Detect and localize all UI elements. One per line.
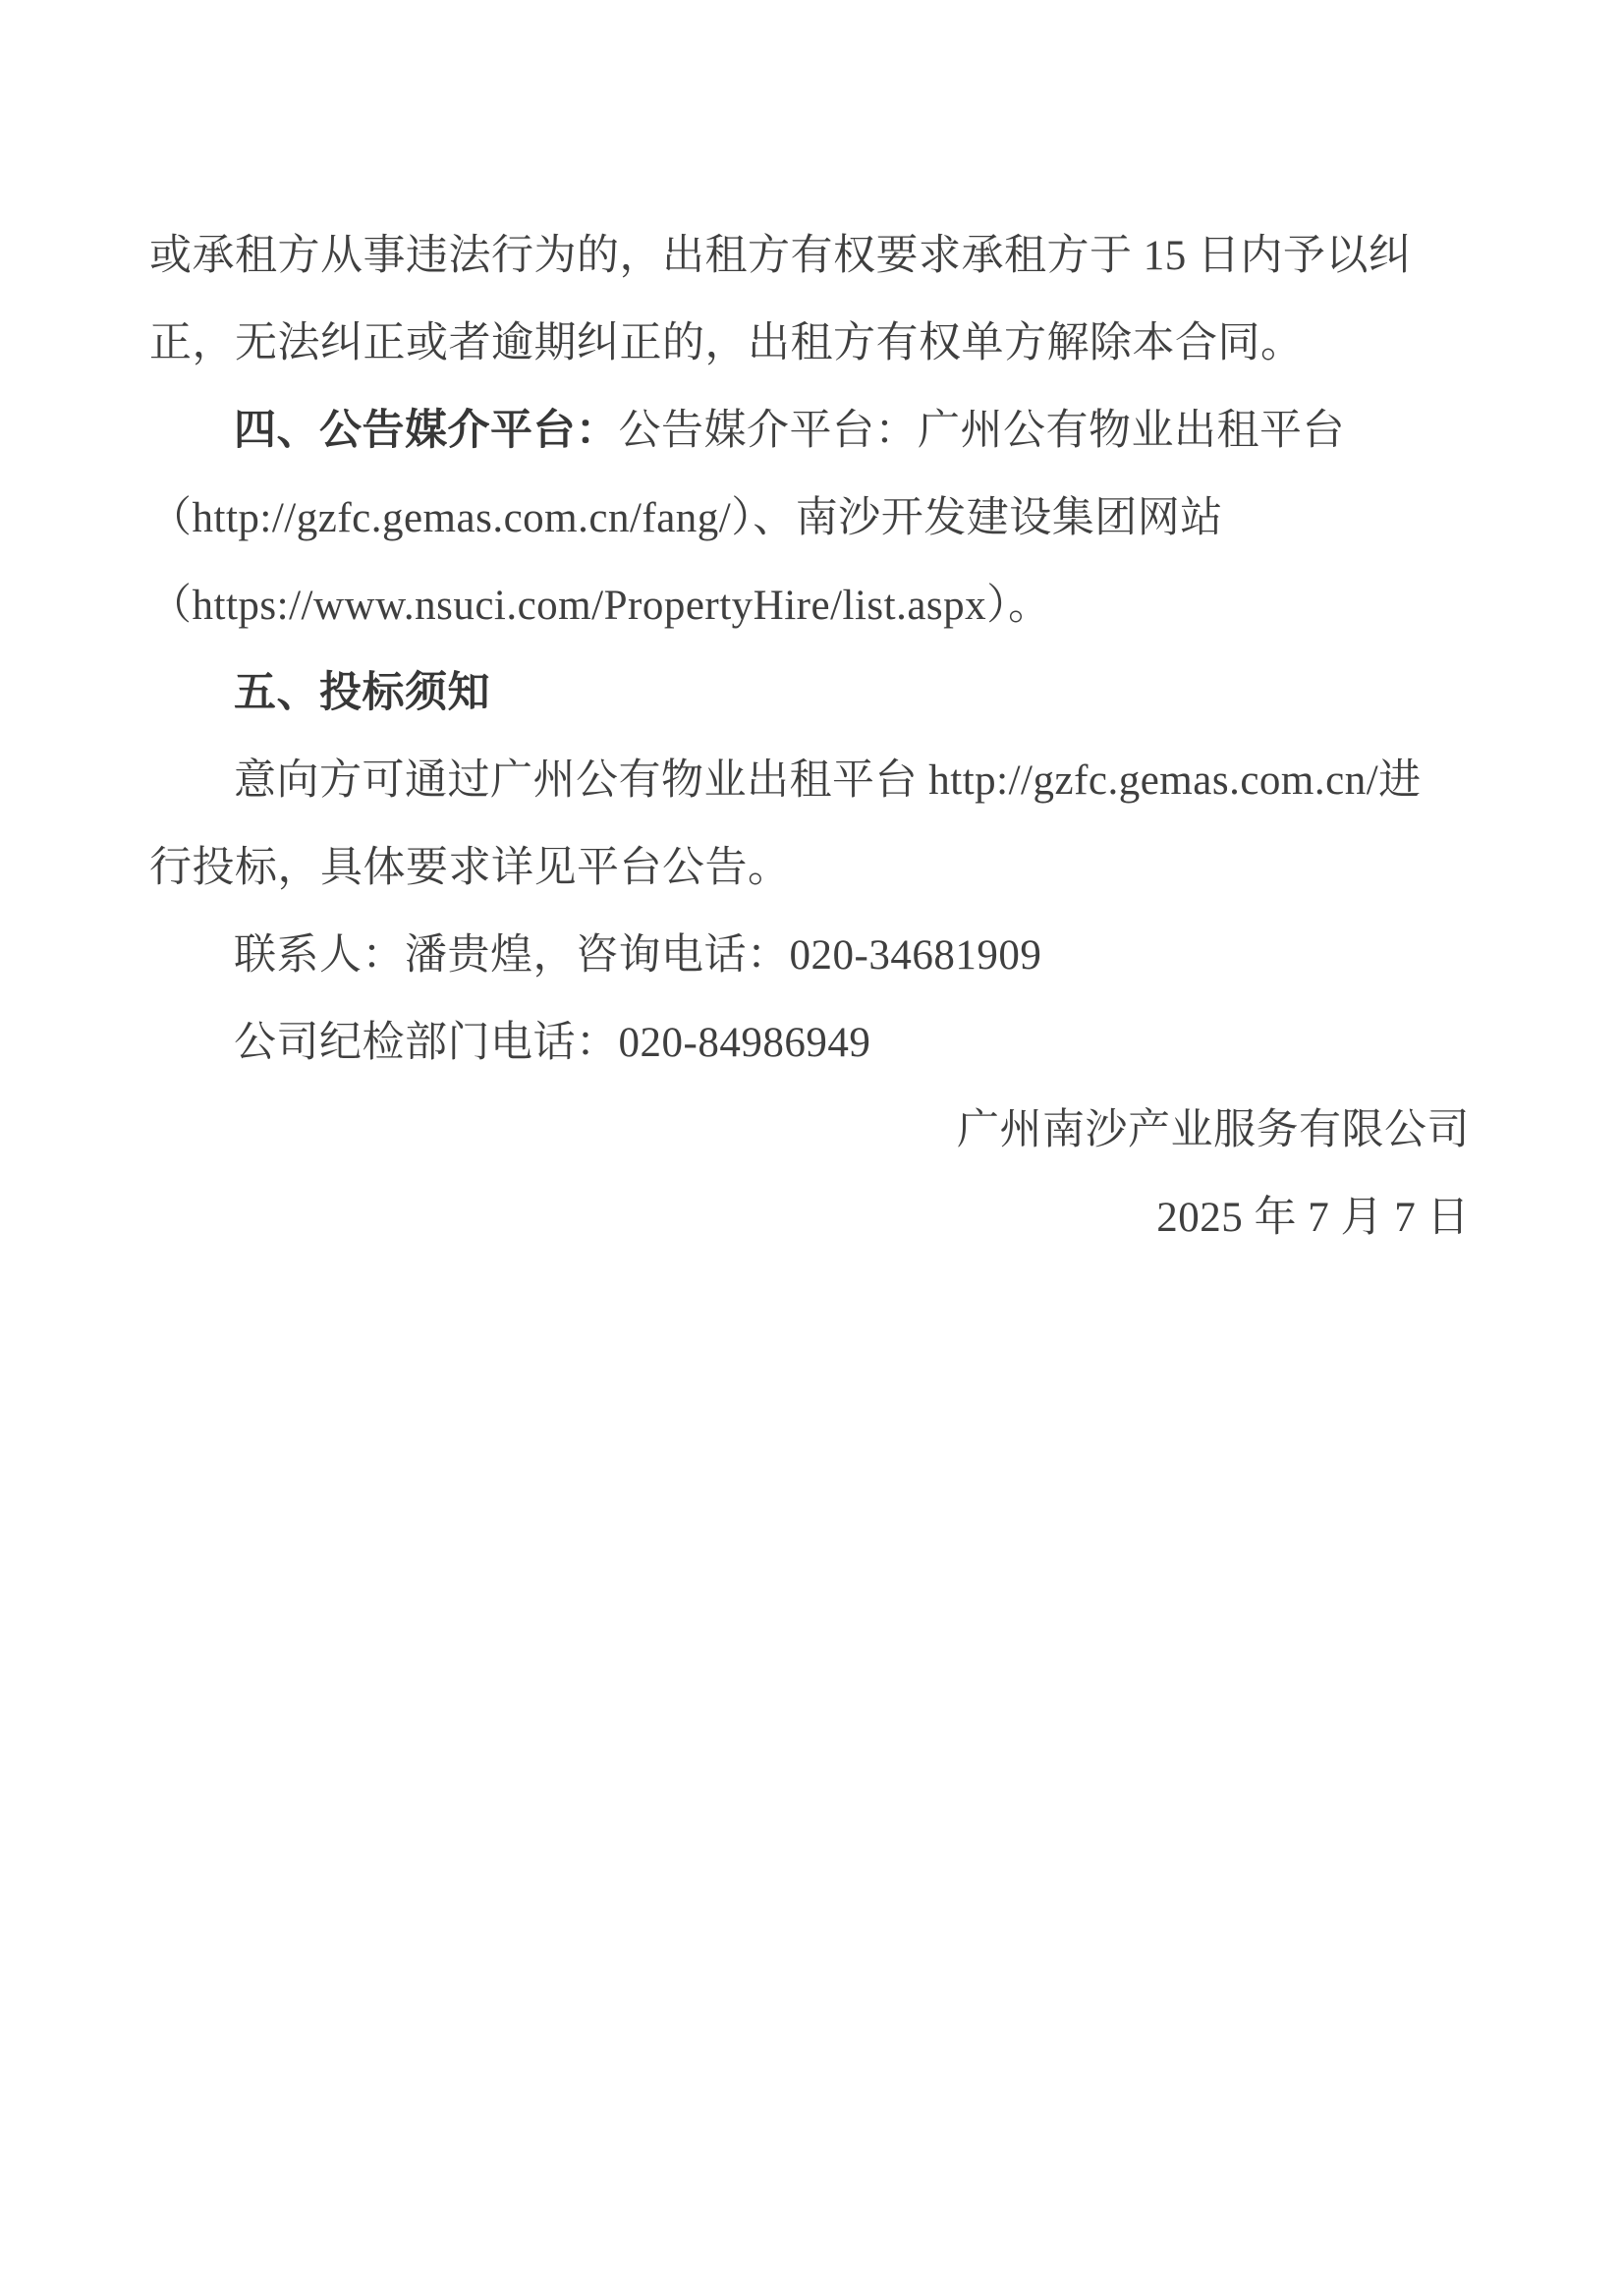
company-signature-line: 广州南沙产业服务有限公司 xyxy=(149,1087,1470,1174)
bid-instruction-line-2: 行投标，具体要求详见平台公告。 xyxy=(149,824,1470,912)
section-4-heading: 四、公告媒介平台： xyxy=(234,408,619,454)
group-website-url-line: （https://www.nsuci.com/PropertyHire/list… xyxy=(149,562,1470,649)
paragraph-continuation-line-2: 正，无法纠正或者逾期纠正的，出租方有权单方解除本合同。 xyxy=(149,300,1470,387)
section-4-line: 四、公告媒介平台：公告媒介平台：广州公有物业出租平台 xyxy=(149,387,1470,475)
platform-url-line: （http://gzfc.gemas.com.cn/fang/）、南沙开发建设集… xyxy=(149,475,1470,562)
bid-instruction-line-1: 意向方可通过广州公有物业出租平台 http://gzfc.gemas.com.c… xyxy=(149,737,1470,824)
paragraph-continuation-line-1: 或承租方从事违法行为的，出租方有权要求承租方于 15 日内予以纠 xyxy=(149,212,1470,300)
document-page: 或承租方从事违法行为的，出租方有权要求承租方于 15 日内予以纠 正，无法纠正或… xyxy=(0,0,1621,2296)
section-5-heading: 五、投标须知 xyxy=(234,670,490,716)
contact-person-line: 联系人：潘贵煌，咨询电话：020-34681909 xyxy=(149,912,1470,999)
discipline-phone-line: 公司纪检部门电话：020-84986949 xyxy=(149,999,1470,1087)
date-line: 2025 年 7 月 7 日 xyxy=(149,1174,1470,1261)
section-5-line: 五、投标须知 xyxy=(149,649,1470,737)
section-4-body-text: 公告媒介平台：广州公有物业出租平台 xyxy=(619,408,1346,454)
